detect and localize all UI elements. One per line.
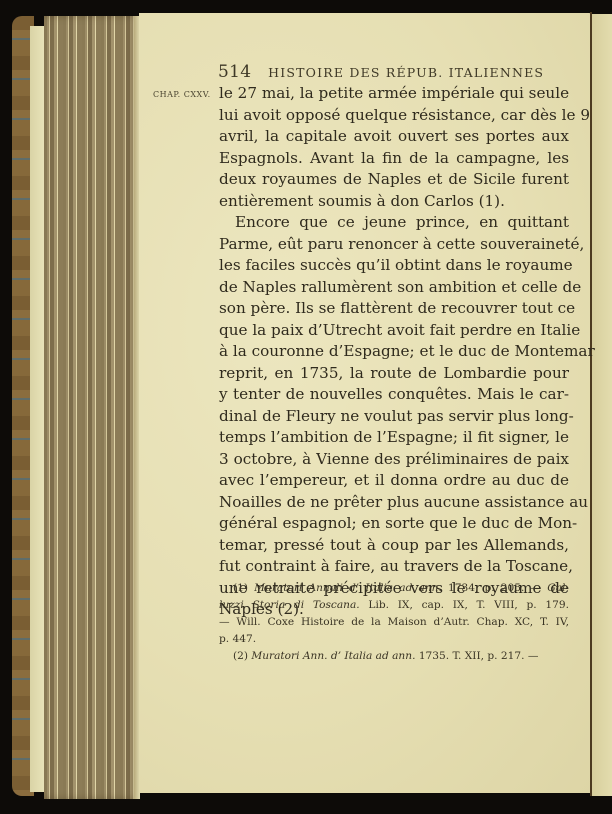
text-line: général espagnol; en sorte que le duc de… <box>219 513 569 535</box>
text-line: que la paix d’Utrecht avoit fait perdre … <box>219 320 569 342</box>
footnote-1-line: (1) Muratori Annali d’ Italia ad ann. 17… <box>219 580 569 597</box>
citation-title: Muratori Ann. d’ Italia ad ann. <box>251 650 415 662</box>
text-line: Noailles de ne prêter plus aucune assist… <box>219 492 569 514</box>
footnote-2-line: (2) Muratori Ann. d’ Italia ad ann. 1735… <box>219 648 569 665</box>
citation-detail: Lib. IX, cap. IX, T. VIII, p. 179. <box>360 599 569 611</box>
text-line: fut contraint à faire, au travers de la … <box>219 556 569 578</box>
text-line: à la couronne d’Espagne; et le duc de Mo… <box>219 341 569 363</box>
page-number: 514 <box>218 62 251 82</box>
text-line: 3 octobre, à Vienne des préliminaires de… <box>219 449 569 471</box>
running-header: 514 HISTOIRE DES RÉPUB. ITALIENNES <box>218 62 544 82</box>
footnote-1-line: — Will. Coxe Histoire de la Maison d’Aut… <box>219 614 569 631</box>
text-line: entièrement soumis à don Carlos (1). <box>219 191 569 213</box>
cover-endpaper <box>30 26 44 792</box>
book-scan: 514 HISTOIRE DES RÉPUB. ITALIENNES CHAP.… <box>0 0 612 814</box>
text-line: lui avoit opposé quelque résistance, car… <box>219 105 569 127</box>
facing-page-sliver <box>592 14 612 796</box>
text-line: Parme, eût paru renoncer à cette souvera… <box>219 234 569 256</box>
text-line: Encore que ce jeune prince, en quittant <box>219 212 569 234</box>
text-line: temar, pressé tout à coup par les Allema… <box>219 535 569 557</box>
page-stack-edge <box>44 16 140 799</box>
running-title: HISTOIRE DES RÉPUB. ITALIENNES <box>268 65 544 80</box>
text-line: de Naples rallumèrent son ambition et ce… <box>219 277 569 299</box>
footnote-marker: (2) <box>233 650 251 662</box>
text-line: deux royaumes de Naples et de Sicile fur… <box>219 169 569 191</box>
text-line: y tenter de nouvelles conquêtes. Mais le… <box>219 384 569 406</box>
footnote-marker: (1) <box>233 582 254 594</box>
text-line: le 27 mai, la petite armée impériale qui… <box>219 83 569 105</box>
text-line: son père. Ils se flattèrent de recouvrer… <box>219 298 569 320</box>
footnote-1-line: p. 447. <box>219 631 569 648</box>
citation-title: luzzi Storia di Toscana. <box>219 599 360 611</box>
citation-detail: 1735. T. XII, p. 217. — <box>415 650 538 662</box>
text-line: les faciles succès qu’il obtint dans le … <box>219 255 569 277</box>
footnote-1-line: luzzi Storia di Toscana. Lib. IX, cap. I… <box>219 597 569 614</box>
text-line: avec l’empereur, et il donna ordre au du… <box>219 470 569 492</box>
chapter-margin-note: CHAP. CXXV. <box>153 90 211 99</box>
text-line: dinal de Fleury ne voulut pas servir plu… <box>219 406 569 428</box>
text-line: Espagnols. Avant la fin de la campagne, … <box>219 148 569 170</box>
citation-detail: 1734, p. 205. — <box>442 582 547 594</box>
citation-title: Muratori Annali d’ Italia ad ann. <box>254 582 442 594</box>
text-line: avril, la capitale avoit ouvert ses port… <box>219 126 569 148</box>
text-line: temps l’ambition de l’Espagne; il fit si… <box>219 427 569 449</box>
text-line: reprit, en 1735, la route de Lombardie p… <box>219 363 569 385</box>
citation-title: Gal- <box>547 582 569 594</box>
footnotes: (1) Muratori Annali d’ Italia ad ann. 17… <box>219 580 569 665</box>
body-text: le 27 mai, la petite armée impériale qui… <box>219 83 569 621</box>
